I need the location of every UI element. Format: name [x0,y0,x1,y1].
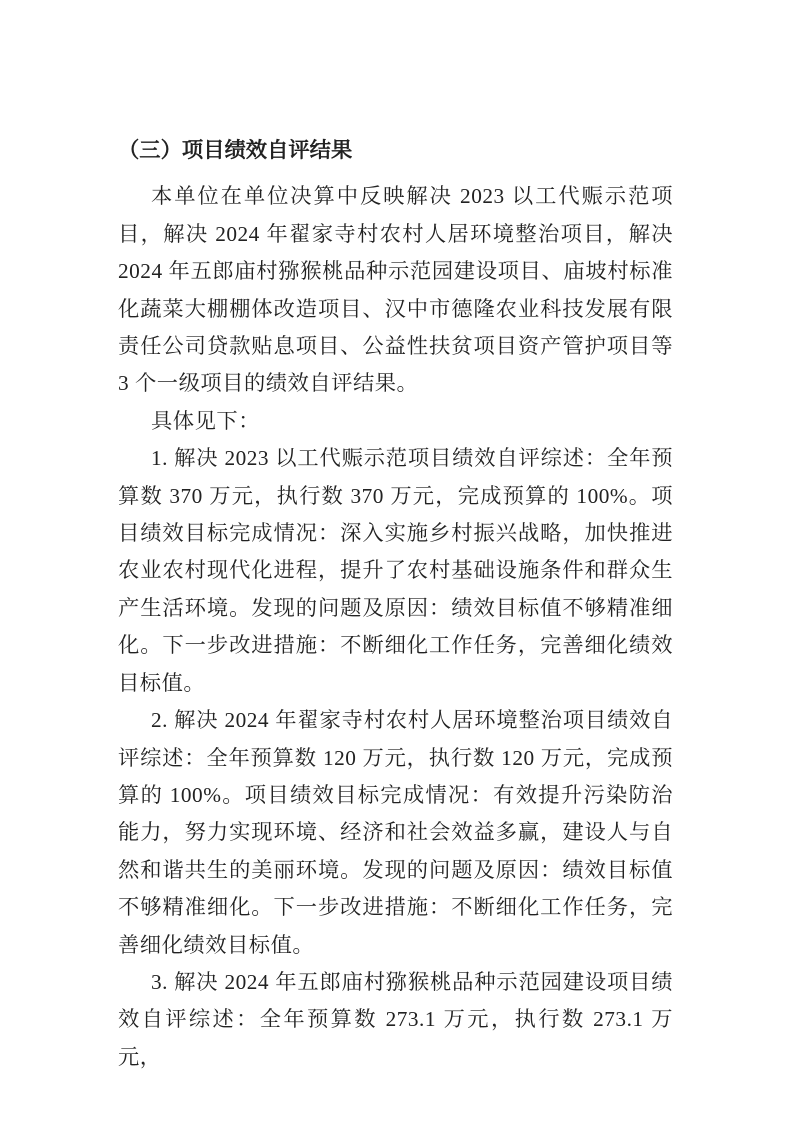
section-heading: （三）项目绩效自评结果 [118,132,673,169]
document-page: （三）项目绩效自评结果 本单位在单位决算中反映解决 2023 以工代赈示范项目，… [0,0,793,1122]
document-content: （三）项目绩效自评结果 本单位在单位决算中反映解决 2023 以工代赈示范项目，… [118,132,673,1076]
paragraph-project-2: 2. 解决 2024 年翟家寺村农村人居环境整治项目绩效自评综述：全年预算数 1… [118,702,673,964]
paragraph-lead-in: 具体见下： [118,403,673,440]
paragraph-project-3: 3. 解决 2024 年五郎庙村猕猴桃品种示范园建设项目绩效自评综述：全年预算数… [118,964,673,1076]
paragraph-intro: 本单位在单位决算中反映解决 2023 以工代赈示范项目，解决 2024 年翟家寺… [118,178,673,402]
paragraph-project-1: 1. 解决 2023 以工代赈示范项目绩效自评综述：全年预算数 370 万元，执… [118,440,673,702]
